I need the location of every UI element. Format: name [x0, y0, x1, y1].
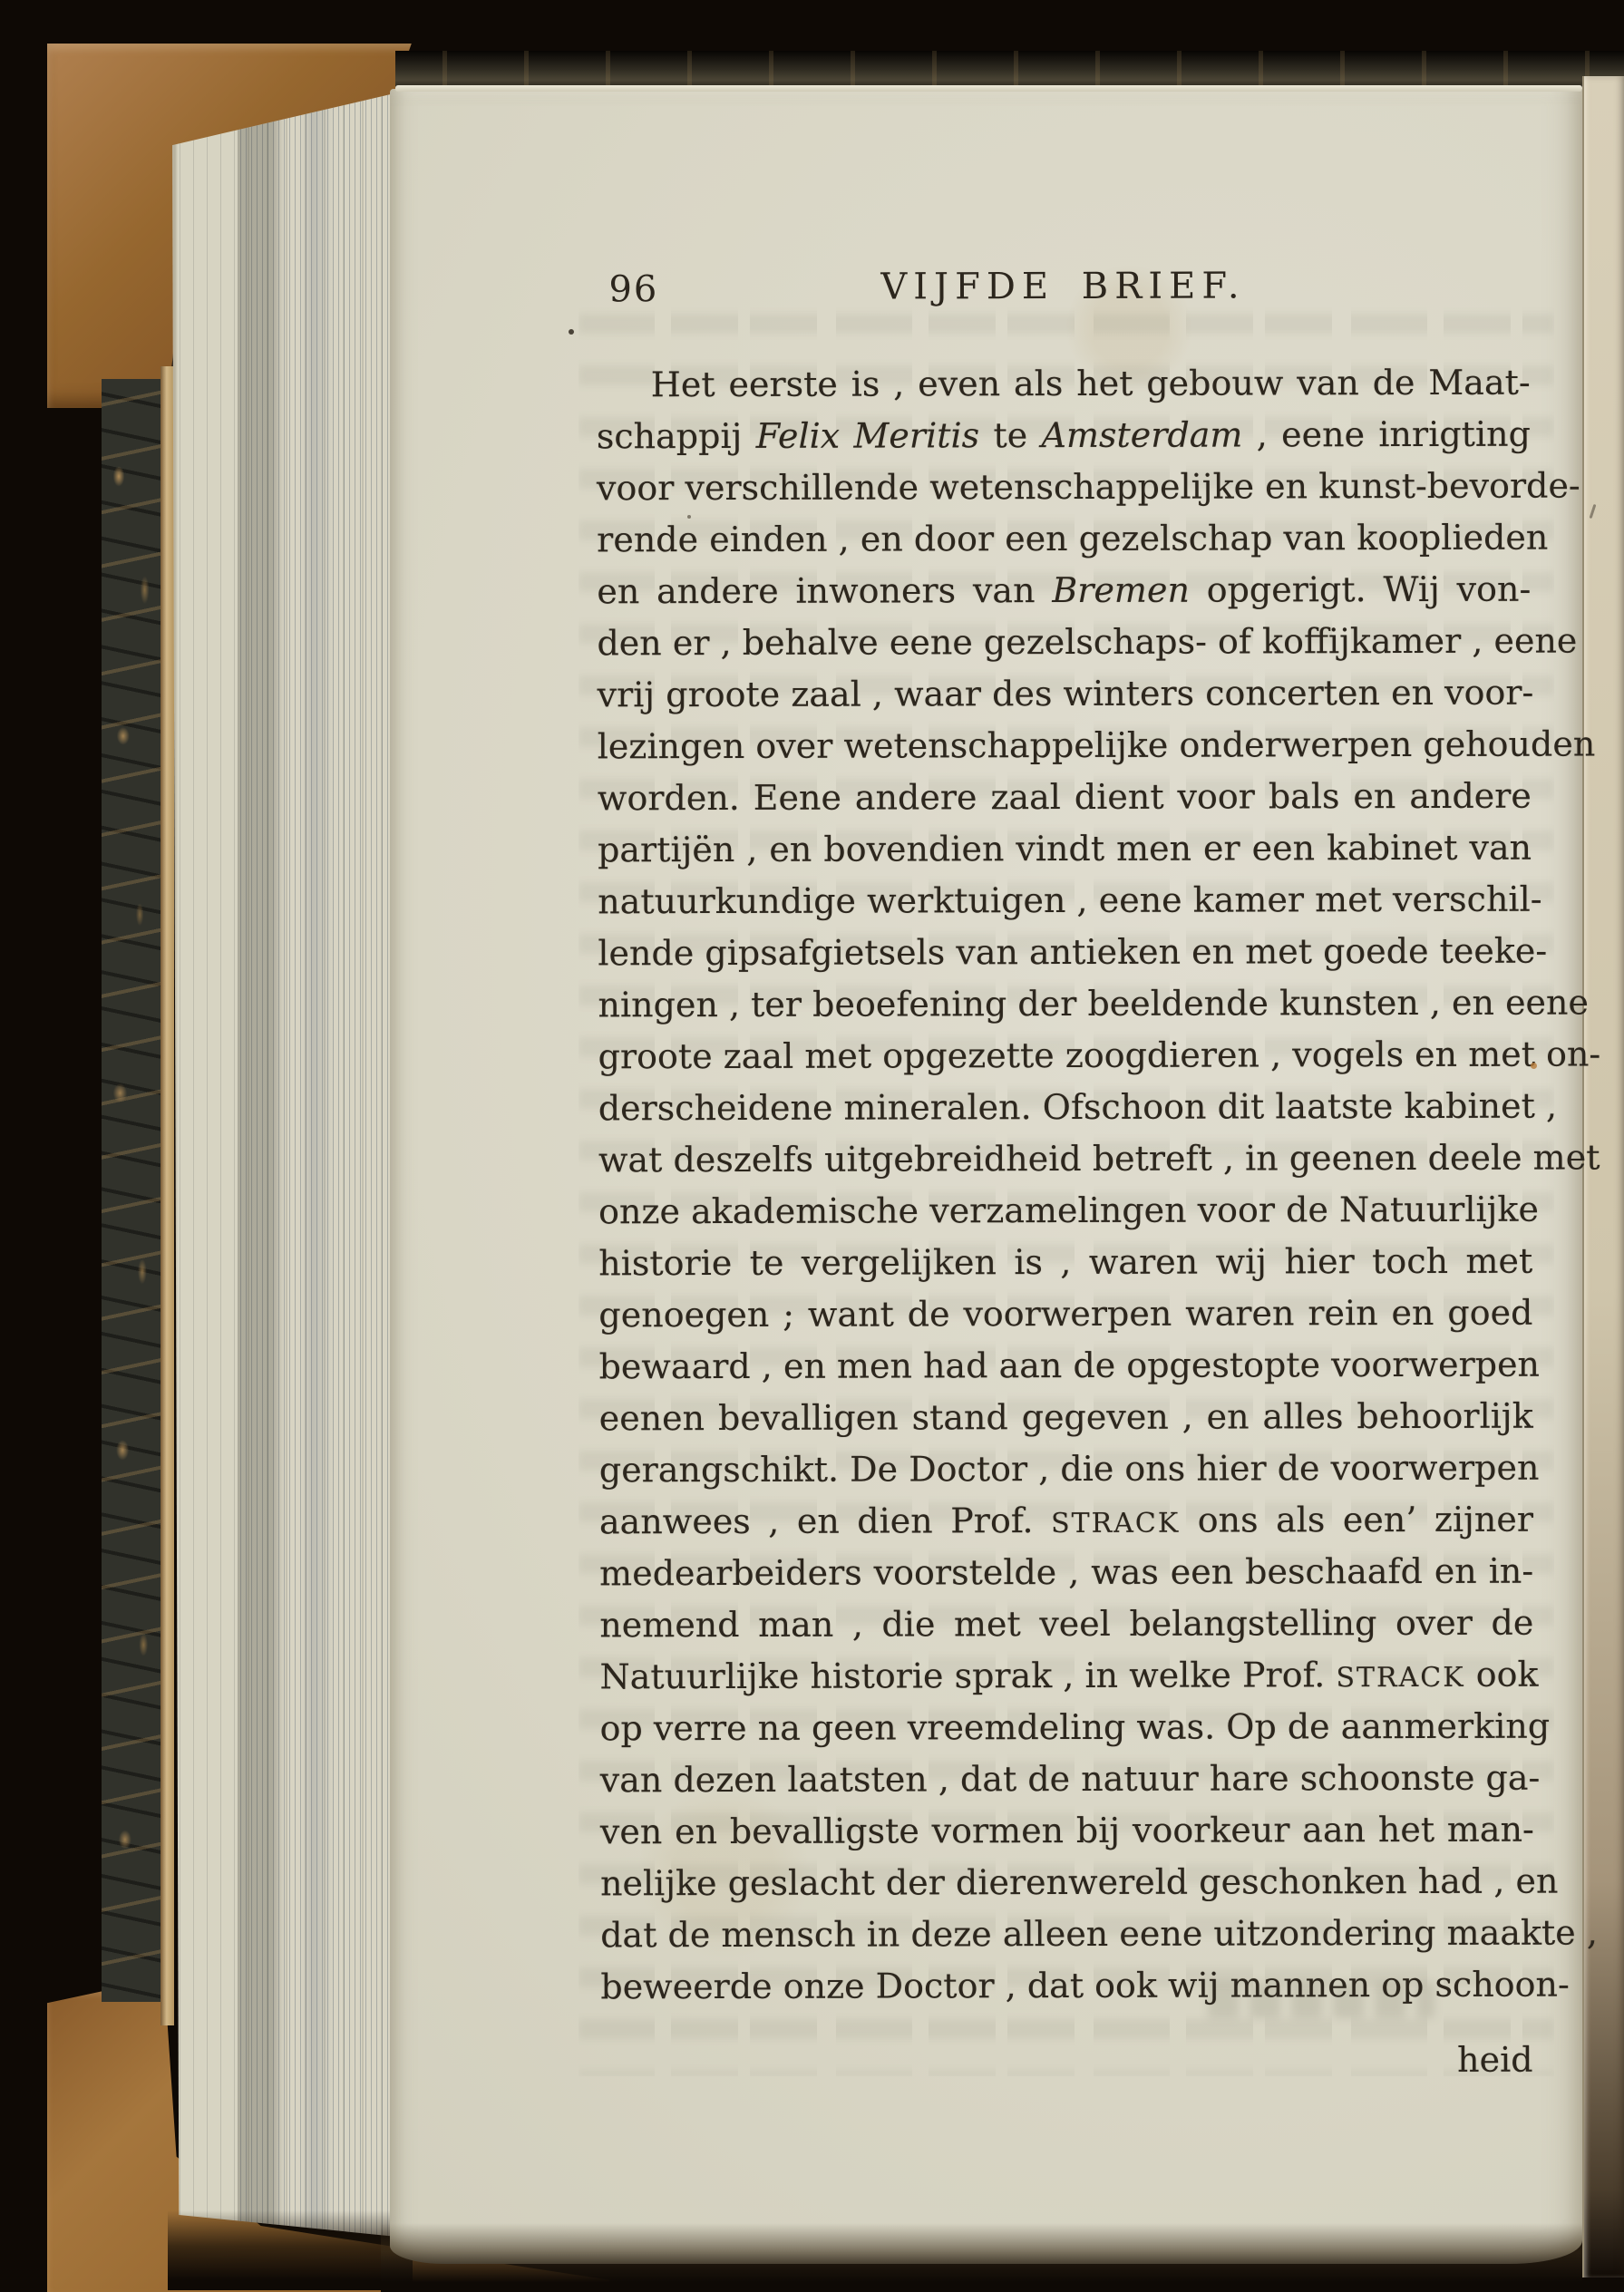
text-layer: 96 VIJFDE BRIEF. Het eerste is , even al… — [596, 267, 1534, 2093]
page-number: 96 — [608, 271, 658, 307]
text-line: medearbeiders voorstelde , was een besch… — [599, 1546, 1533, 1600]
text-line: onze akademische verzamelingen voor de N… — [598, 1184, 1532, 1238]
text-line: nelijke geslacht der dierenwereld gescho… — [600, 1856, 1534, 1910]
text-line: aanwees , en dien Prof. strack ons als e… — [599, 1494, 1533, 1549]
text-line: lende gipsafgietsels van antieken en met… — [598, 926, 1532, 980]
text-line: van dezen laatsten , dat de natuur hare … — [600, 1753, 1534, 1807]
page-stack-fore-edge — [172, 93, 394, 2249]
text-line: bewaard , en men had aan de opgestopte v… — [598, 1339, 1532, 1394]
text-line: worden. Eene andere zaal dient voor bals… — [598, 771, 1532, 825]
catchword: heid — [1457, 2035, 1533, 2086]
text-line: historie te vergelijken is , waren wij h… — [598, 1236, 1532, 1290]
running-header-title: VIJFDE BRIEF. — [596, 267, 1530, 306]
text-line: dat de mensch in deze alleen eene uitzon… — [600, 1908, 1534, 1962]
text-line: op verre na geen vreemdeling was. Op de … — [600, 1701, 1534, 1755]
foxing-speck — [1531, 1063, 1537, 1069]
text-line: beweerde onze Doctor , dat ook wij manne… — [600, 1959, 1534, 2014]
page-bottom-shadow — [381, 2223, 1582, 2292]
text-line: vrij groote zaal , waar des winters conc… — [598, 667, 1532, 722]
body-text: Het eerste is , even als het gebouw van … — [597, 357, 1535, 2014]
text-line: voor verschillende wetenschappelijke en … — [597, 461, 1531, 515]
page-top-rim — [395, 85, 1582, 92]
text-line: schappij Felix Meritis te Amsterdam , ee… — [597, 409, 1531, 463]
text-line: genoegen ; want de voorwerpen waren rein… — [598, 1287, 1532, 1342]
text-line: nemend man , die met veel belangstelling… — [599, 1598, 1533, 1652]
scanned-book-page: 96 VIJFDE BRIEF. Het eerste is , even al… — [0, 0, 1624, 2292]
text-line: lezingen over wetenschappelijke onderwer… — [598, 719, 1532, 773]
text-line: Het eerste is , even als het gebouw van … — [597, 357, 1531, 412]
text-line: gerangschikt. De Doctor , die ons hier d… — [599, 1442, 1533, 1497]
cover-board-edge — [160, 366, 174, 2025]
ink-speck — [569, 329, 574, 335]
text-line: groote zaal met opgezette zoogdieren , v… — [598, 1029, 1532, 1083]
text-line: wat deszelfs uitgebreidheid betreft , in… — [598, 1132, 1532, 1187]
text-line: ven en bevalligste vormen bij voorkeur a… — [600, 1804, 1534, 1859]
text-line: natuurkundige werktuigen , eene kamer me… — [598, 874, 1532, 928]
marbled-cover-edge — [102, 379, 163, 2002]
text-line: den er , behalve eene gezelschaps- of ko… — [597, 616, 1531, 670]
page-stack-inner-band — [172, 93, 238, 2249]
text-line: ningen , ter beoefening der beeldende ku… — [598, 977, 1532, 1032]
text-line: derscheidene mineralen. Ofschoon dit laa… — [598, 1081, 1532, 1135]
text-line: eenen bevalligen stand gegeven , en alle… — [599, 1391, 1533, 1445]
text-line: Natuurlijke historie sprak , in welke Pr… — [599, 1649, 1533, 1704]
ink-speck — [687, 515, 691, 519]
page-stack-outer-band — [238, 93, 394, 2249]
text-line: partijën , en bovendien vindt men er een… — [598, 822, 1532, 877]
text-line: en andere inwoners van Bremen opgerigt. … — [597, 564, 1531, 618]
page-stack-bottom-shadow — [168, 2210, 413, 2290]
running-head: 96 VIJFDE BRIEF. — [596, 267, 1530, 310]
text-line: rende einden , en door een gezelschap va… — [597, 512, 1531, 567]
